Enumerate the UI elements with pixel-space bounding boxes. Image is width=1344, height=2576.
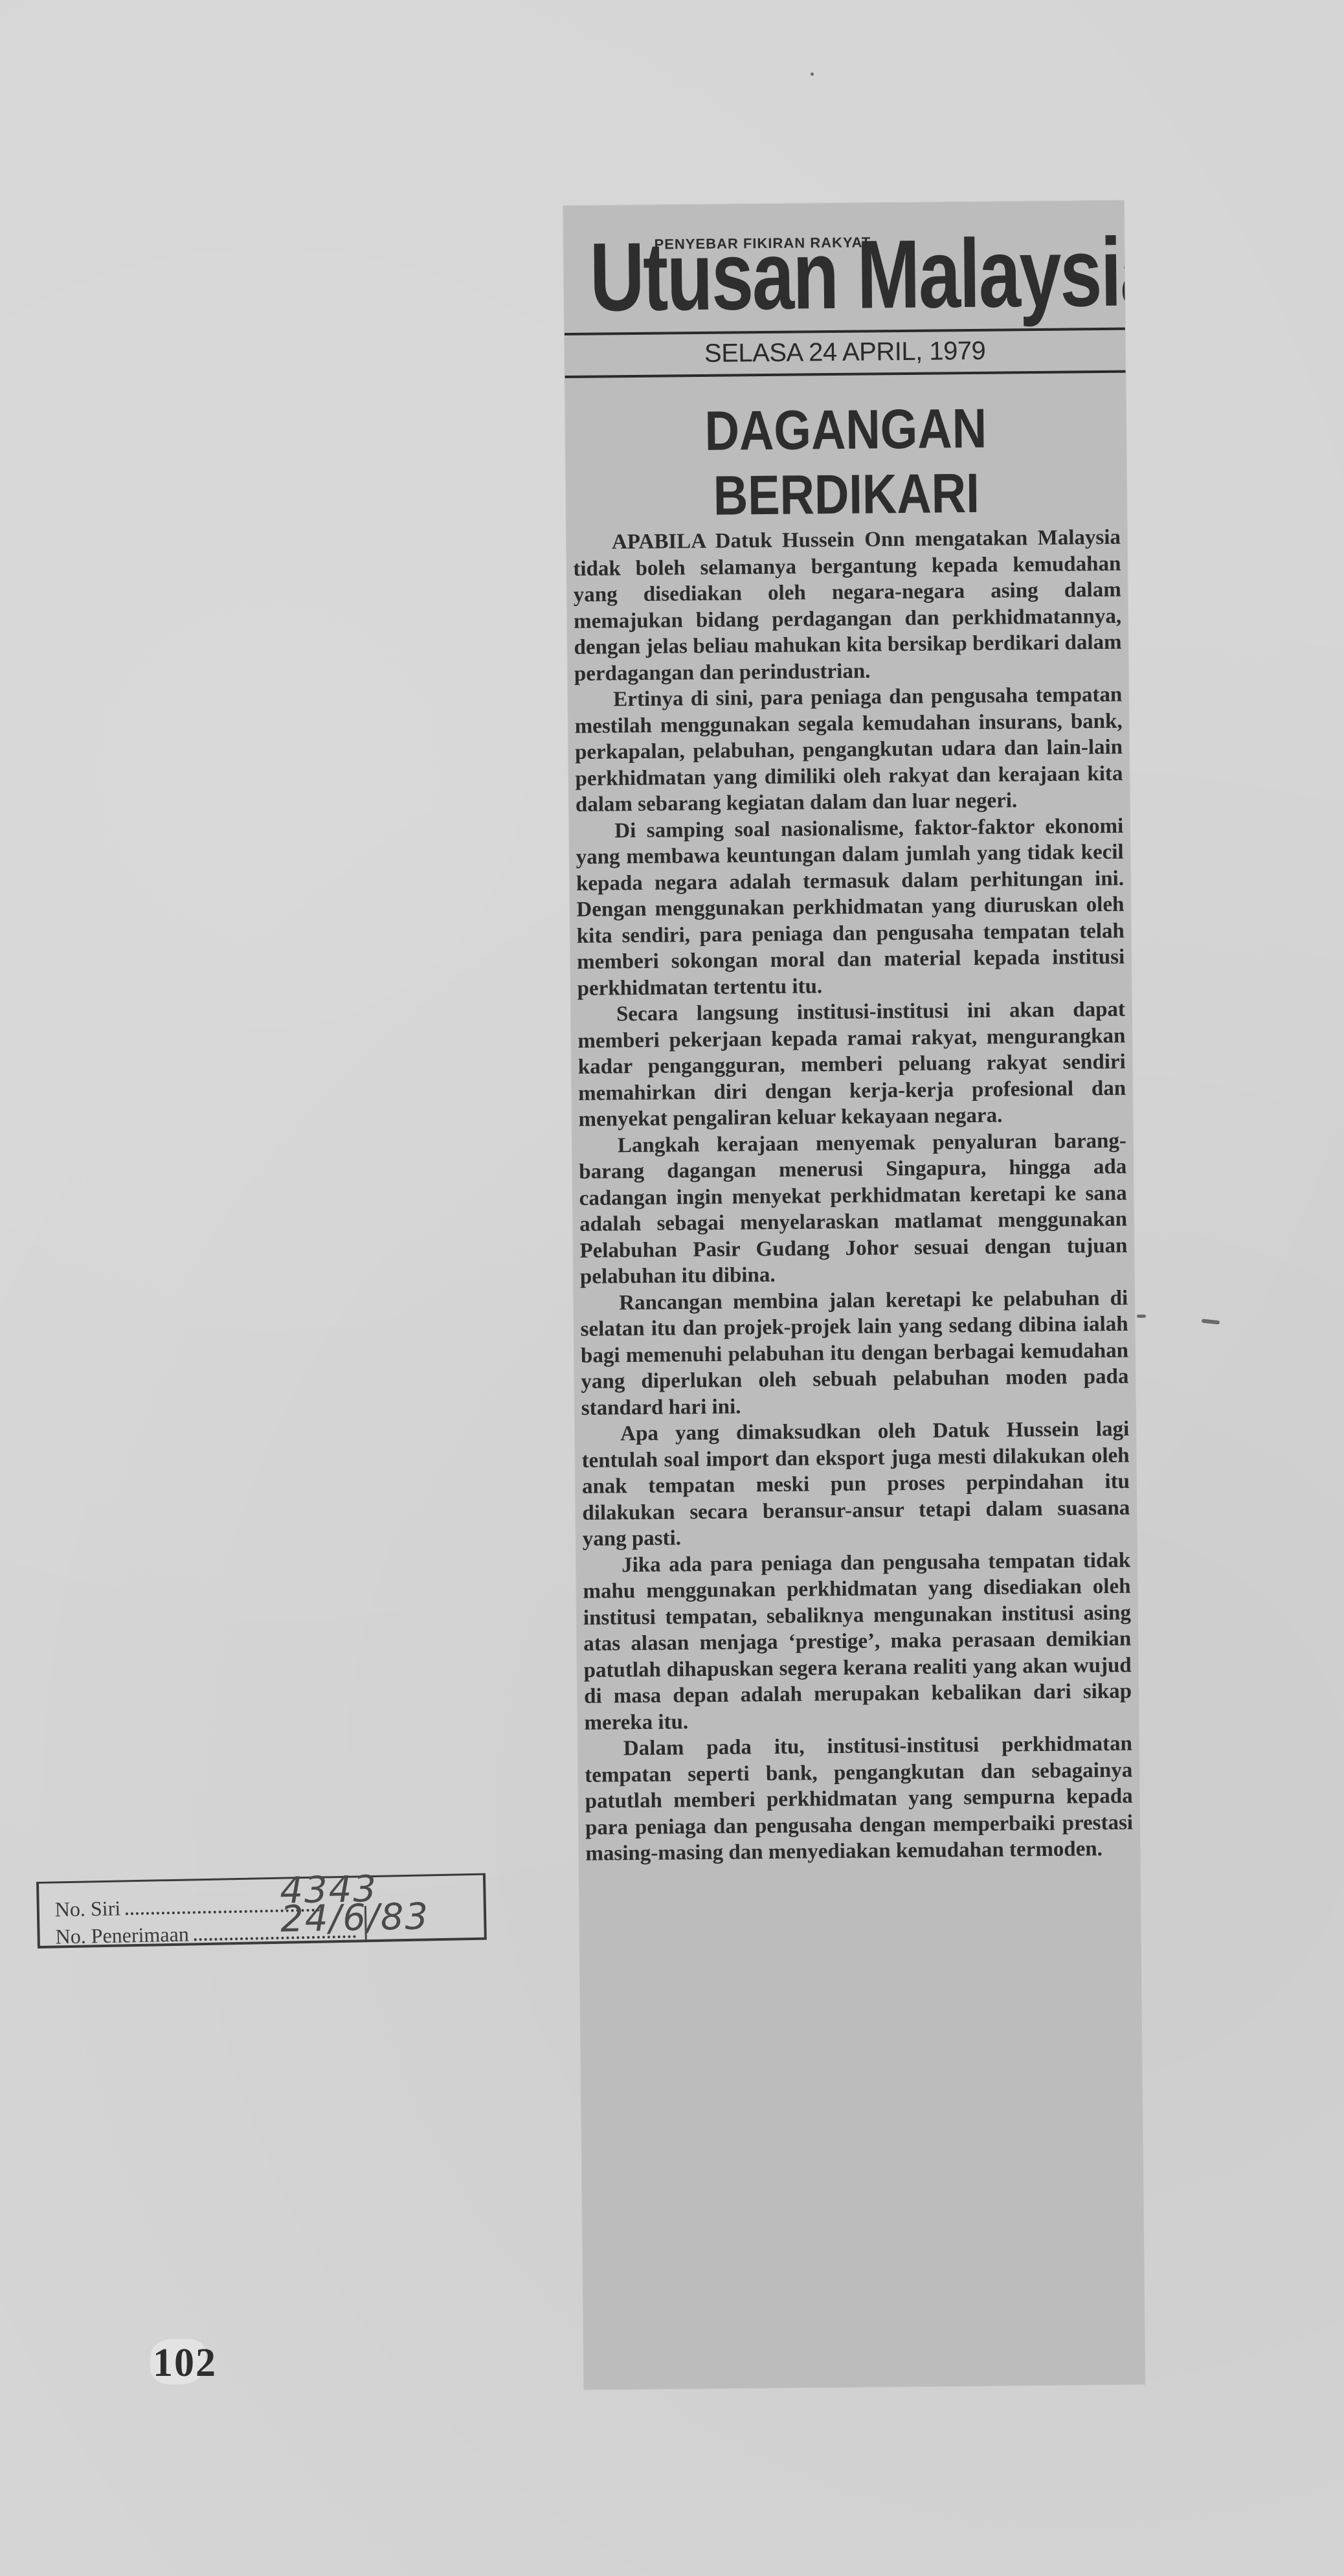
article-headline: DAGANGAN BERDIKARI (604, 395, 1088, 529)
newspaper-clipping: Utusan Malaysia PENYEBAR FIKIRAN RAKYAT … (563, 201, 1145, 2390)
article-paragraph-5: Langkah kerajaan menyemak penyaluran bar… (579, 1127, 1128, 1290)
masthead: Utusan Malaysia PENYEBAR FIKIRAN RAKYAT (563, 201, 1125, 339)
article-body: APABILA Datuk Hussein Onn mengatakan Mal… (573, 525, 1134, 1868)
headline-line-1: DAGANGAN (604, 395, 1087, 464)
article-paragraph-3: Di samping soal nasionalisme, faktor-fak… (576, 813, 1125, 1002)
article-paragraph-8: Jika ada para peniaga dan pengusaha temp… (583, 1547, 1132, 1736)
ink-speck (1202, 1319, 1220, 1325)
siri-label: No. Siri (54, 1897, 120, 1922)
ink-speck (811, 73, 814, 76)
masthead-rule-bottom (565, 370, 1126, 378)
dateline: SELASA 24 APRIL, 1979 (565, 335, 1125, 370)
article-paragraph-9: Dalam pada itu, institusi-institusi perk… (585, 1731, 1134, 1868)
article-paragraph-4: Secara langsung institusi-institusi ini … (577, 997, 1126, 1133)
penerimaan-label: No. Penerimaan (55, 1922, 189, 1949)
archive-stamp: No. Siri No. Penerimaan 4343 24/6/83 (36, 1873, 487, 1949)
headline-line-2: BERDIKARI (605, 460, 1088, 529)
article-paragraph-7: Apa yang dimaksudkan oleh Datuk Hussein … (581, 1416, 1130, 1553)
article-paragraph-6: Rancangan membina jalan keretapi ke pela… (580, 1285, 1129, 1421)
ink-speck (1137, 1315, 1146, 1318)
page-number: 102 (153, 2340, 217, 2386)
newspaper-tagline: PENYEBAR FIKIRAN RAKYAT (654, 234, 871, 253)
article-paragraph-2: Ertinya di sini, para peniaga dan pengus… (574, 682, 1123, 819)
penerimaan-handwritten-value: 24/6/83 (280, 1895, 430, 1940)
article-paragraph-1: APABILA Datuk Hussein Onn mengatakan Mal… (573, 525, 1122, 687)
